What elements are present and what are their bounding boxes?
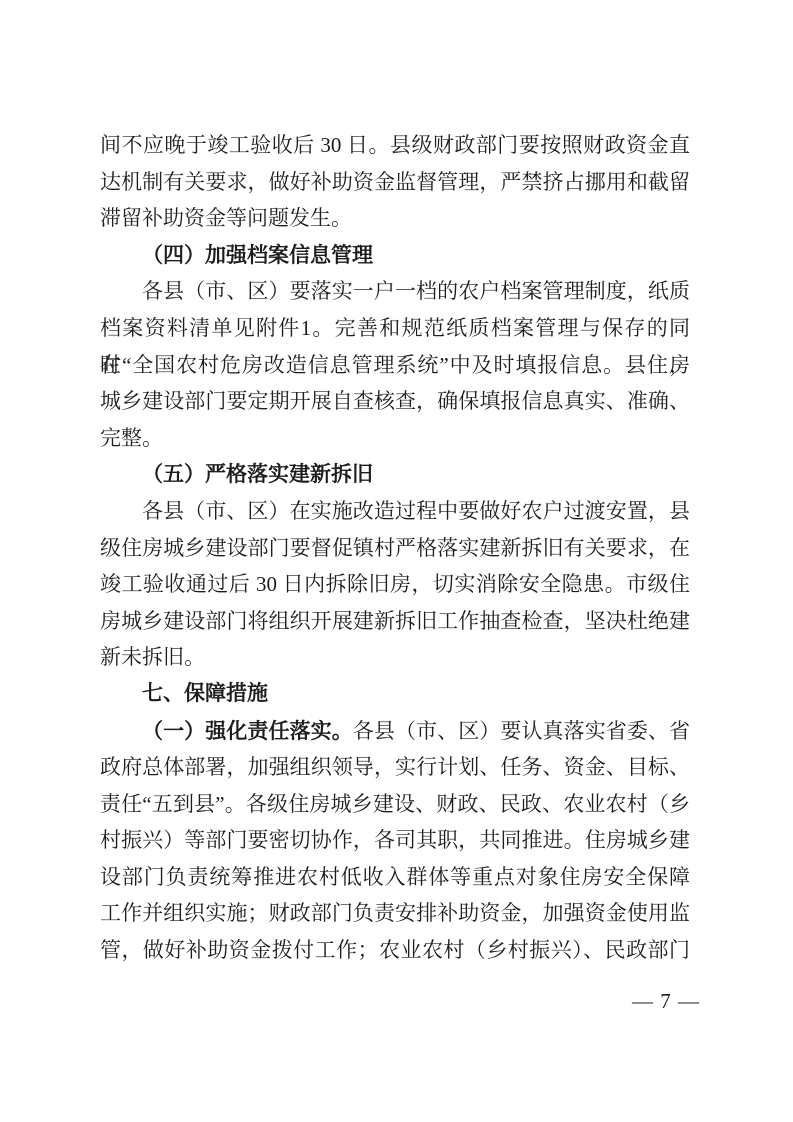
text-line: 责任“五到县”。各级住房城乡建设、财政、民政、农业农村（乡	[100, 786, 690, 823]
section-heading: 七、保障措施	[100, 676, 690, 713]
section-heading: （四）加强档案信息管理	[100, 237, 690, 274]
text-line: 间不应晚于竣工验收后 30 日。县级财政部门要按照财政资金直	[100, 127, 690, 164]
text-line: 设部门负责统筹推进农村低收入群体等重点对象住房安全保障	[100, 859, 690, 896]
text-line: 村振兴）等部门要密切协作，各司其职，共同推进。住房城乡建	[100, 822, 690, 859]
page-number: — 7 —	[632, 988, 700, 1014]
text-line: 新未拆旧。	[100, 639, 690, 676]
text-line: 各县（市、区）在实施改造过程中要做好农户过渡安置，县	[100, 493, 690, 530]
text-line: 房城乡建设部门将组织开展建新拆旧工作抽查检查，坚决杜绝建	[100, 603, 690, 640]
text-line: 管，做好补助资金拨付工作；农业农村（乡村振兴）、民政部门	[100, 932, 690, 969]
text-line: 政府总体部署，加强组织领导，实行计划、任务、资金、目标、	[100, 749, 690, 786]
text-line: （一）强化责任落实。各县（市、区）要认真落实省委、省	[100, 713, 690, 750]
document-body: 间不应晚于竣工验收后 30 日。县级财政部门要按照财政资金直达机制有关要求，做好…	[100, 127, 690, 969]
document-page: 间不应晚于竣工验收后 30 日。县级财政部门要按照财政资金直达机制有关要求，做好…	[0, 0, 793, 1122]
emphasis-lead-text: （一）强化责任落实。	[142, 719, 353, 743]
section-heading: （五）严格落实建新拆旧	[100, 456, 690, 493]
text-line: 竣工验收通过后 30 日内拆除旧房，切实消除安全隐患。市级住	[100, 566, 690, 603]
text-line: 城乡建设部门要定期开展自查核查，确保填报信息真实、准确、	[100, 383, 690, 420]
text-line: 滞留补助资金等问题发生。	[100, 200, 690, 237]
text-line: 档案资料清单见附件1。完善和规范纸质档案管理与保存的同时，	[100, 310, 690, 347]
body-text: 各县（市、区）要认真落实省委、省	[353, 719, 690, 743]
text-line: 各县（市、区）要落实一户一档的农户档案管理制度，纸质	[100, 273, 690, 310]
text-line: 在“全国农村危房改造信息管理系统”中及时填报信息。县住房	[100, 347, 690, 384]
text-line: 完整。	[100, 420, 690, 457]
text-line: 工作并组织实施；财政部门负责安排补助资金，加强资金使用监	[100, 895, 690, 932]
text-line: 达机制有关要求，做好补助资金监督管理，严禁挤占挪用和截留	[100, 164, 690, 201]
text-line: 级住房城乡建设部门要督促镇村严格落实建新拆旧有关要求，在	[100, 530, 690, 567]
